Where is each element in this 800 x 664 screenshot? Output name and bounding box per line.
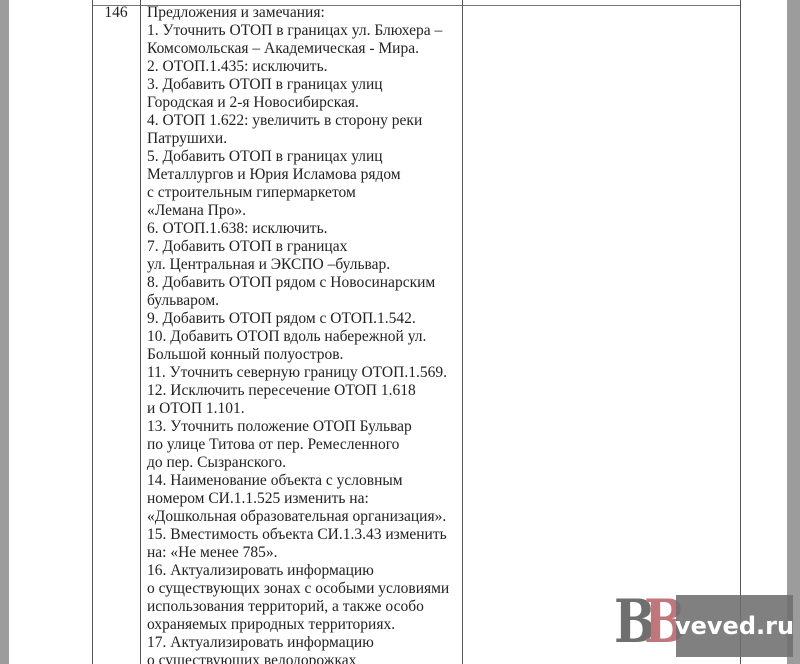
row-number: 146 [93, 4, 139, 22]
text-line: по улице Титова от пер. Ремесленного [147, 436, 467, 454]
text-line: 1. Уточнить ОТОП в границах ул. Блюхера … [147, 22, 467, 40]
text-line: 13. Уточнить положение ОТОП Бульвар [147, 418, 467, 436]
proposals-cell: Предложения и замечания:1. Уточнить ОТОП… [147, 4, 467, 664]
text-line: номером СИ.1.1.525 изменить на: [147, 490, 467, 508]
text-line: на: «Не менее 785». [147, 544, 467, 562]
text-line: ул. Центральная и ЭКСПО –бульвар. [147, 256, 467, 274]
page-margin-left [0, 0, 9, 664]
text-line: использования территорий, а также особо [147, 598, 467, 616]
text-line: Городская и 2-я Новосибирская. [147, 94, 467, 112]
text-line: 11. Уточнить северную границу ОТОП.1.569… [147, 364, 467, 382]
text-line: «Дошкольная образовательная организация»… [147, 508, 467, 526]
text-line: до пер. Сызранского. [147, 454, 467, 472]
text-line: о существующих зонах с особыми условиями [147, 580, 467, 598]
text-line: 2. ОТОП.1.435: исключить. [147, 58, 467, 76]
table-border-left [92, 0, 93, 664]
text-line: 15. Вместимость объекта СИ.1.3.43 измени… [147, 526, 467, 544]
watermark-badge: veved.ru [676, 595, 793, 657]
text-line: 5. Добавить ОТОП в границах улиц [147, 148, 467, 166]
text-line: с строительным гипермаркетом [147, 184, 467, 202]
text-line: 16. Актуализировать информацию [147, 562, 467, 580]
text-line: охраняемых природных территориях. [147, 616, 467, 634]
text-line: бульваром. [147, 292, 467, 310]
text-line: 17. Актуализировать информацию [147, 634, 467, 652]
text-line: 4. ОТОП 1.622: увеличить в сторону реки [147, 112, 467, 130]
watermark-site: veved.ru [675, 612, 794, 640]
scrollbar-track[interactable] [787, 0, 800, 664]
text-line: Металлургов и Юрия Исламова рядом [147, 166, 467, 184]
table-border-right [740, 0, 741, 664]
text-line: Патрушихи. [147, 130, 467, 148]
text-line: 3. Добавить ОТОП в границах улиц [147, 76, 467, 94]
text-line: 8. Добавить ОТОП рядом с Новосинарским [147, 274, 467, 292]
text-line: Большой конный полуостров. [147, 346, 467, 364]
table-column-divider [140, 0, 141, 664]
text-line: 10. Добавить ОТОП вдоль набережной ул. [147, 328, 467, 346]
text-line: 6. ОТОП.1.638: исключить. [147, 220, 467, 238]
text-line: и ОТОП 1.101. [147, 400, 467, 418]
text-line: Комсомольская – Академическая - Мира. [147, 40, 467, 58]
text-line: 12. Исключить пересечение ОТОП 1.618 [147, 382, 467, 400]
text-line: о существующих велодорожках [147, 652, 467, 664]
text-line: 14. Наименование объекта с условным [147, 472, 467, 490]
text-line: «Лемана Про». [147, 202, 467, 220]
text-line: 9. Добавить ОТОП рядом с ОТОП.1.542. [147, 310, 467, 328]
text-line: 7. Добавить ОТОП в границах [147, 238, 467, 256]
text-line: Предложения и замечания: [147, 4, 467, 22]
